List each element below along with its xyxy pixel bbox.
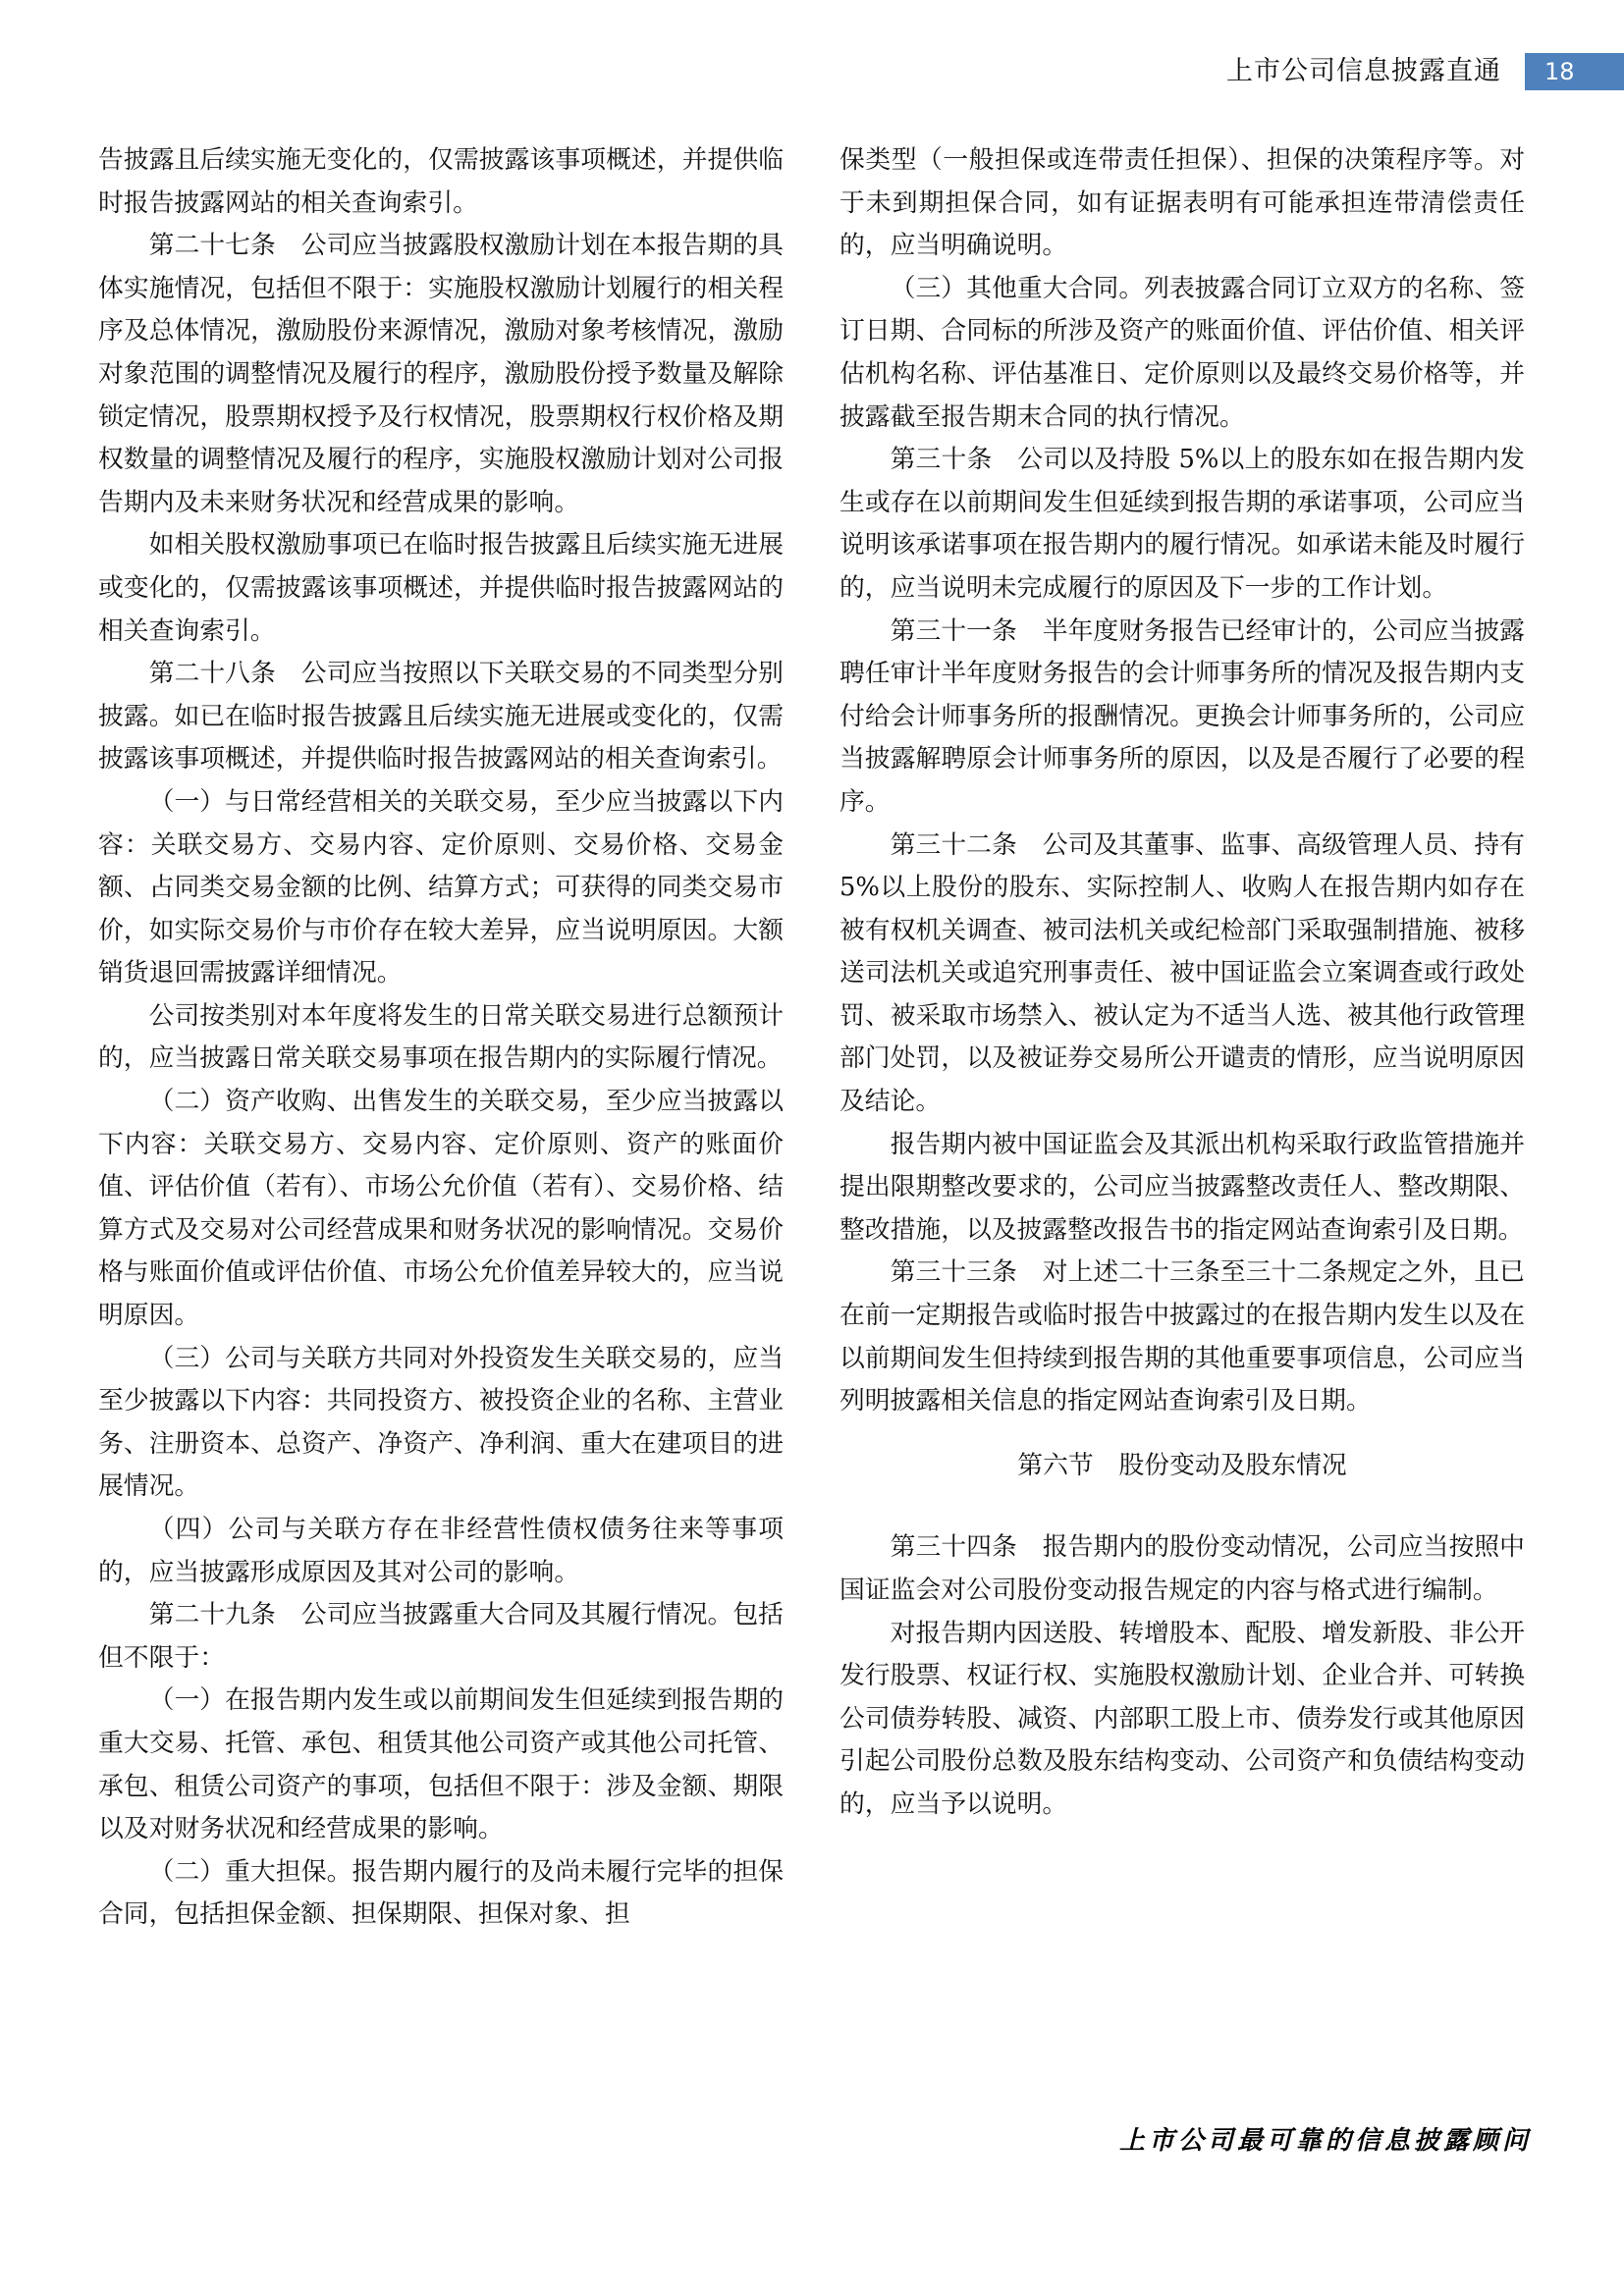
paragraph: 如相关股权激励事项已在临时报告披露且后续实施无进展或变化的，仅需披露该事项概述，… bbox=[98, 524, 784, 653]
article-text: 半年度财务报告已经审计的，公司应当披露聘任审计半年度财务报告的会计师事务所的情况… bbox=[839, 616, 1525, 817]
publication-title: 上市公司信息披露直通 bbox=[1226, 51, 1501, 92]
article-number: 第二十七条 bbox=[149, 231, 276, 260]
page-header: 上市公司信息披露直通 18 bbox=[1226, 51, 1624, 92]
paragraph: （一）与日常经营相关的关联交易，至少应当披露以下内容：关联交易方、交易内容、定价… bbox=[98, 781, 784, 995]
article-number: 第三十四条 bbox=[891, 1532, 1017, 1562]
article-number: 第三十条 bbox=[891, 445, 993, 474]
paragraph: （二）资产收购、出售发生的关联交易，至少应当披露以下内容：关联交易方、交易内容、… bbox=[98, 1081, 784, 1338]
page-number-badge: 18 bbox=[1525, 53, 1624, 90]
paragraph: （四）公司与关联方存在非经营性债权债务往来等事项的，应当披露形成原因及其对公司的… bbox=[98, 1509, 784, 1594]
article-number: 第三十三条 bbox=[891, 1257, 1017, 1287]
article-number: 第二十九条 bbox=[149, 1600, 276, 1629]
article-paragraph: 第二十九条公司应当披露重大合同及其履行情况。包括但不限于： bbox=[98, 1594, 784, 1680]
paragraph: （三）公司与关联方共同对外投资发生关联交易的，应当至少披露以下内容：共同投资方、… bbox=[98, 1338, 784, 1509]
article-number: 第三十二条 bbox=[891, 830, 1017, 860]
section-heading: 第六节股份变动及股东情况 bbox=[839, 1445, 1525, 1488]
article-paragraph: 第三十三条对上述二十三条至三十二条规定之外，且已在前一定期报告或临时报告中披露过… bbox=[839, 1252, 1525, 1422]
paragraph: 告披露且后续实施无变化的，仅需披露该事项概述，并提供临时报告披露网站的相关查询索… bbox=[98, 139, 784, 225]
paragraph: 公司按类别对本年度将发生的日常关联交易进行总额预计的，应当披露日常关联交易事项在… bbox=[98, 995, 784, 1081]
article-paragraph: 第三十一条半年度财务报告已经审计的，公司应当披露聘任审计半年度财务报告的会计师事… bbox=[839, 611, 1525, 825]
paragraph: （三）其他重大合同。列表披露合同订立双方的名称、签订日期、合同标的所涉及资产的账… bbox=[839, 268, 1525, 439]
section-number: 第六节 bbox=[1017, 1451, 1093, 1480]
paragraph: 报告期内被中国证监会及其派出机构采取行政监管措施并提出限期整改要求的，公司应当披… bbox=[839, 1124, 1525, 1253]
article-paragraph: 第二十八条公司应当按照以下关联交易的不同类型分别披露。如已在临时报告披露且后续实… bbox=[98, 653, 784, 781]
article-paragraph: 第三十条公司以及持股 5%以上的股东如在报告期内发生或存在以前期间发生但延续到报… bbox=[839, 439, 1525, 610]
footer-slogan: 上市公司最可靠的信息披露顾问 bbox=[1119, 2120, 1532, 2157]
right-column: 保类型（一般担保或连带责任担保）、担保的决策程序等。对于未到期担保合同，如有证据… bbox=[839, 139, 1525, 1827]
article-text: 公司应当披露股权激励计划在本报告期的具体实施情况，包括但不限于：实施股权激励计划… bbox=[98, 231, 784, 517]
article-paragraph: 第三十四条报告期内的股份变动情况，公司应当按照中国证监会对公司股份变动报告规定的… bbox=[839, 1526, 1525, 1612]
article-text: 公司及其董事、监事、高级管理人员、持有 5%以上股份的股东、实际控制人、收购人在… bbox=[839, 830, 1525, 1117]
paragraph: （一）在报告期内发生或以前期间发生但延续到报告期的重大交易、托管、承包、租赁其他… bbox=[98, 1680, 784, 1850]
section-title: 股份变动及股东情况 bbox=[1119, 1451, 1347, 1480]
left-column: 告披露且后续实施无变化的，仅需披露该事项概述，并提供临时报告披露网站的相关查询索… bbox=[98, 139, 784, 1937]
article-number: 第三十一条 bbox=[891, 616, 1017, 646]
article-number: 第二十八条 bbox=[149, 659, 276, 688]
paragraph: 保类型（一般担保或连带责任担保）、担保的决策程序等。对于未到期担保合同，如有证据… bbox=[839, 139, 1525, 268]
article-paragraph: 第三十二条公司及其董事、监事、高级管理人员、持有 5%以上股份的股东、实际控制人… bbox=[839, 825, 1525, 1124]
article-paragraph: 第二十七条公司应当披露股权激励计划在本报告期的具体实施情况，包括但不限于：实施股… bbox=[98, 225, 784, 524]
paragraph: （二）重大担保。报告期内履行的及尚未履行完毕的担保合同，包括担保金额、担保期限、… bbox=[98, 1851, 784, 1937]
paragraph: 对报告期内因送股、转增股本、配股、增发新股、非公开发行股票、权证行权、实施股权激… bbox=[839, 1613, 1525, 1827]
